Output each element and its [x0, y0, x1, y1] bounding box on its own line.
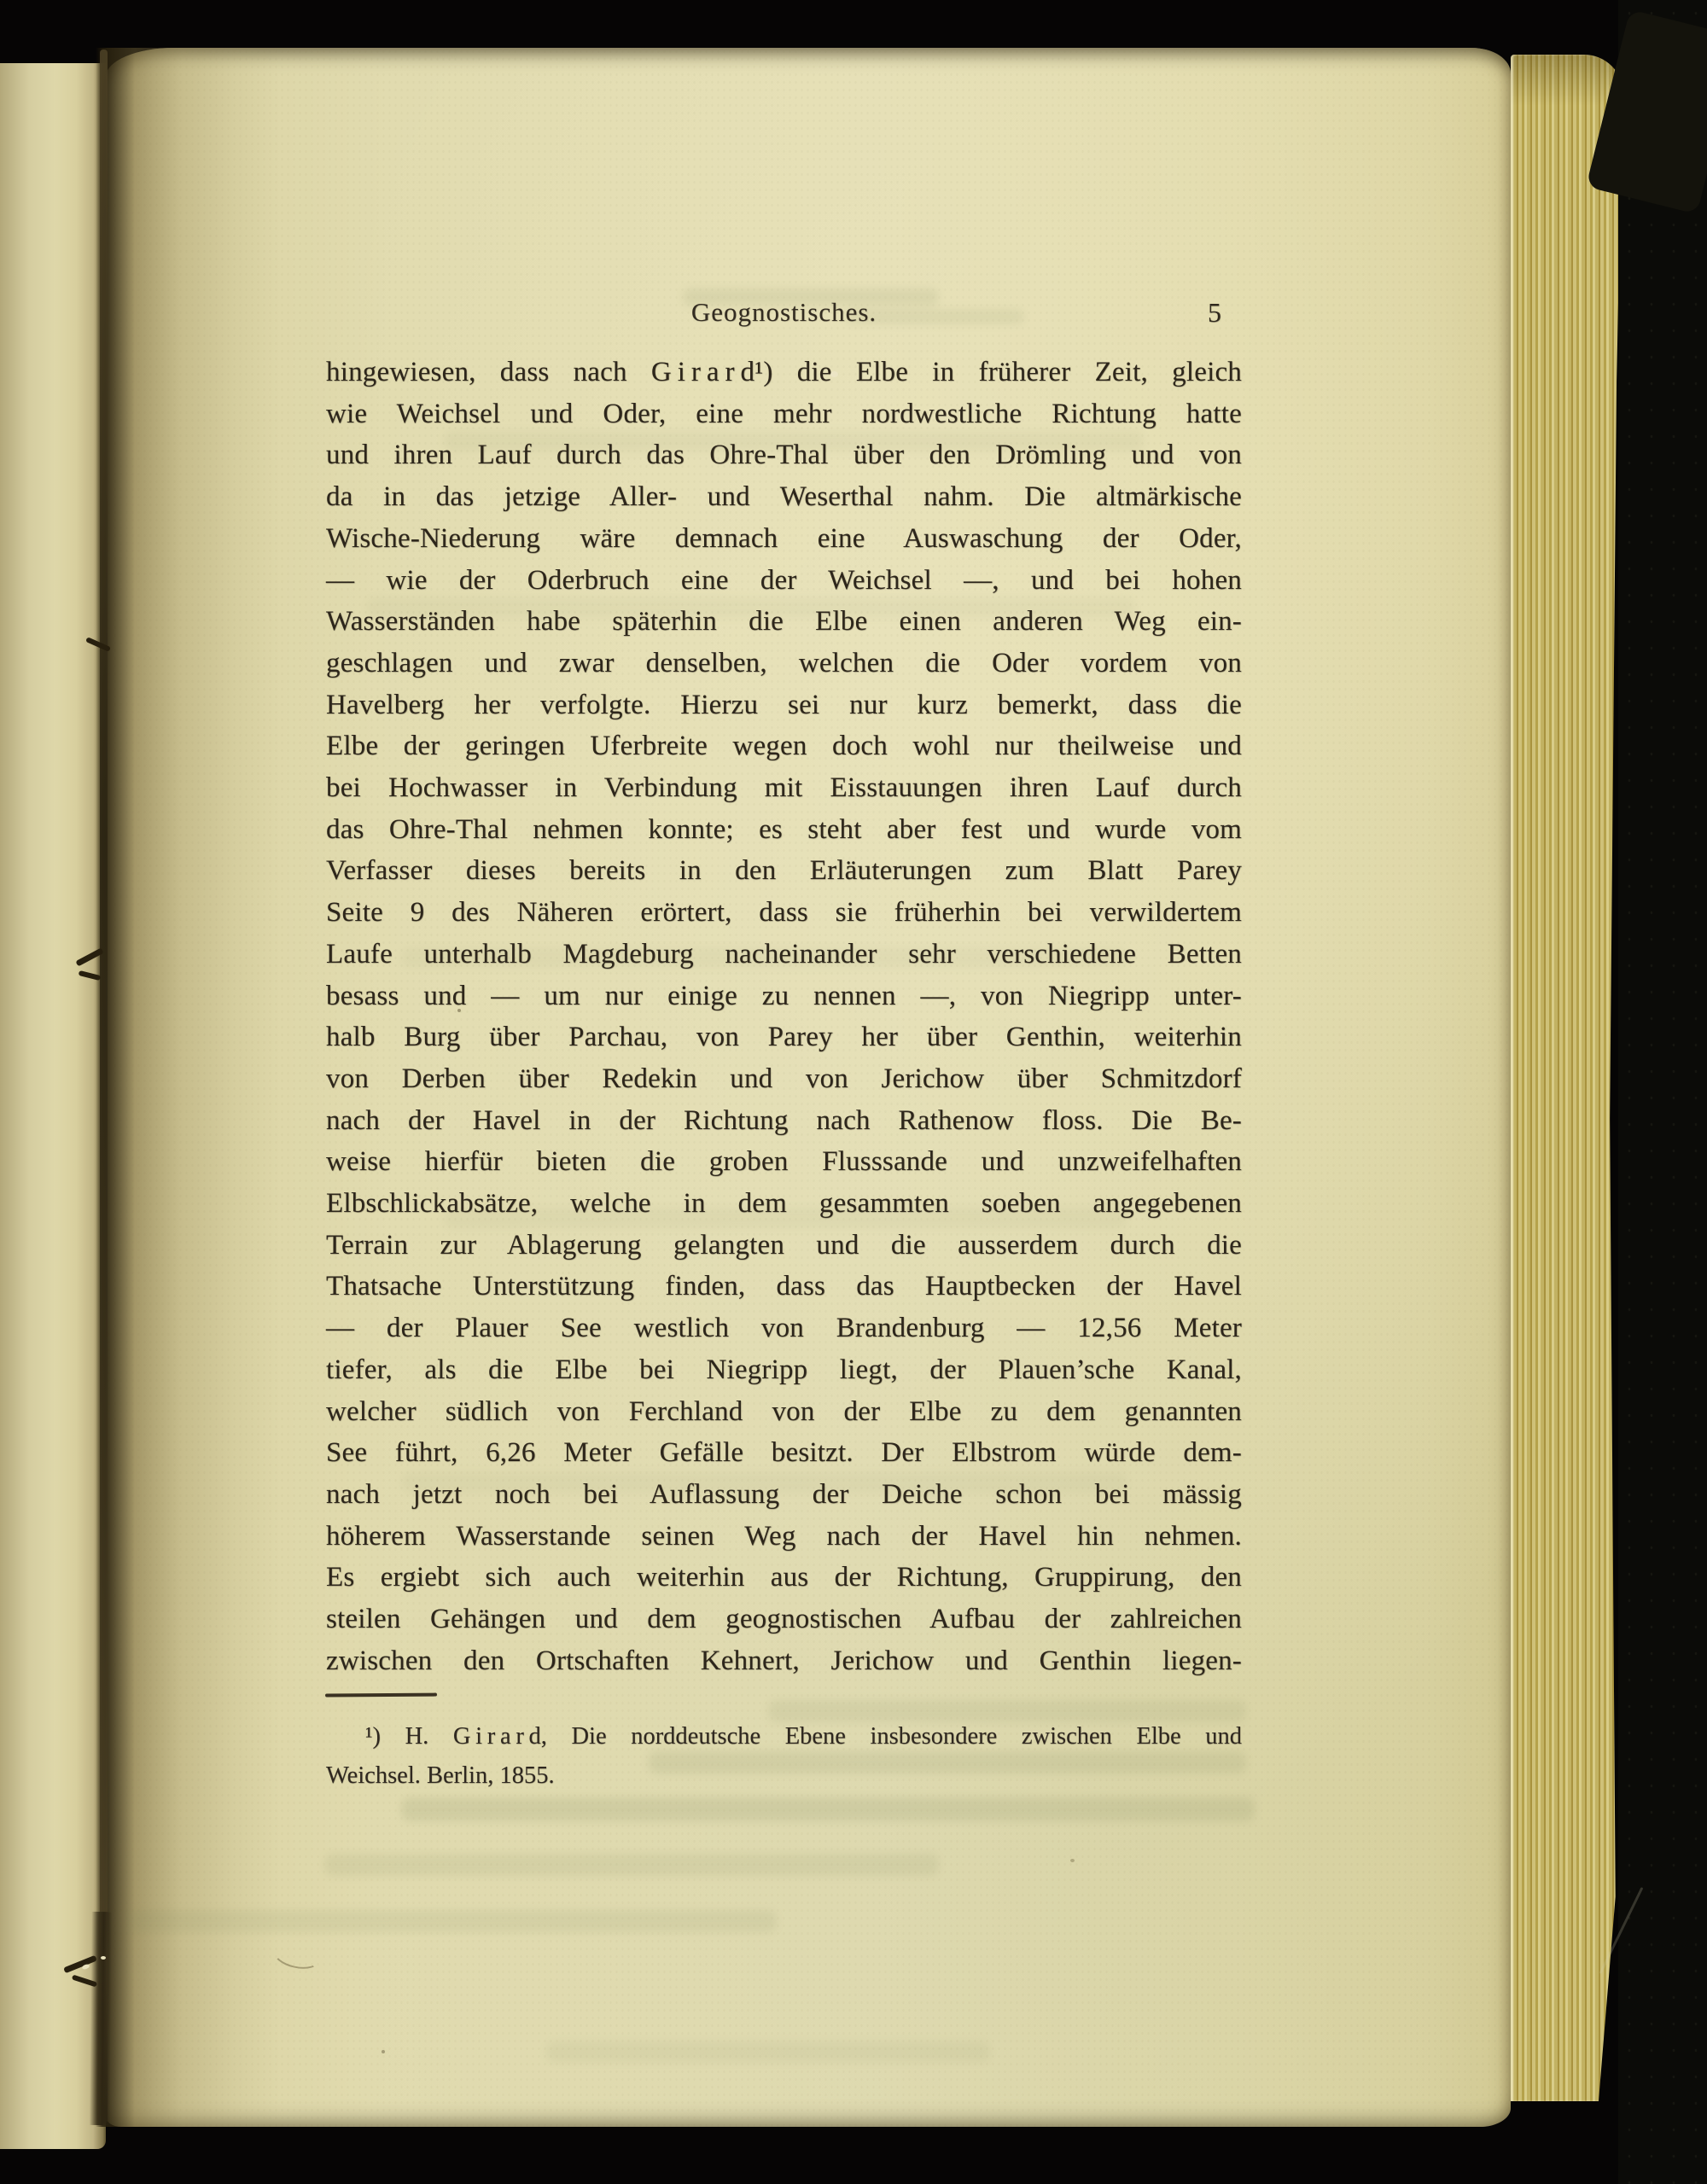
gutter-crease — [90, 1912, 113, 2125]
body-line: wie Weichsel und Oder, eine mehr nordwes… — [326, 393, 1242, 435]
body-line: hingewiesen, dass nach G i r a r d¹) die… — [326, 352, 1242, 393]
body-line: zwischen den Ortschaften Kehnert, Jerich… — [326, 1640, 1242, 1682]
body-line: Wische-Niederung wäre demnach eine Auswa… — [326, 518, 1242, 560]
body-line: Es ergiebt sich auch weiterhin aus der R… — [326, 1557, 1242, 1599]
paper-speck — [1070, 1859, 1075, 1862]
paper-speck — [382, 2050, 385, 2053]
body-line: tiefer, als die Elbe bei Niegripp liegt,… — [326, 1349, 1242, 1391]
body-line: Terrain zur Ablagerung gelangten und die… — [326, 1225, 1242, 1267]
body-line: welcher südlich von Ferchland von der El… — [326, 1391, 1242, 1433]
body-line: Verfasser dieses bereits in den Erläuter… — [326, 850, 1242, 892]
footnote-line: ¹) H. G i r a r d, Die norddeutsche Eben… — [326, 1717, 1242, 1756]
body-line: weise hierfür bieten die groben Flusssan… — [326, 1141, 1242, 1183]
book-photo: Geognostisches. 5 hingewiesen, dass nach… — [0, 0, 1707, 2184]
body-line: Seite 9 des Näheren erörtert, dass sie f… — [326, 892, 1242, 934]
fore-edge-page-stack — [1511, 55, 1623, 2101]
header-title: Geognostisches. — [326, 296, 1242, 329]
body-line: nach jetzt noch bei Auflassung der Deich… — [326, 1474, 1242, 1516]
body-line: steilen Gehängen und dem geognostischen … — [326, 1599, 1242, 1640]
footnote-line: Weichsel. Berlin, 1855. — [326, 1756, 1242, 1796]
body-line: See führt, 6,26 Meter Gefälle besitzt. D… — [326, 1432, 1242, 1474]
page-number: 5 — [1208, 296, 1221, 329]
body-line: bei Hochwasser in Verbindung mit Eisstau… — [326, 767, 1242, 809]
body-line: nach der Havel in der Richtung nach Rath… — [326, 1100, 1242, 1142]
body-line: besass und — um nur einige zu nennen —, … — [326, 976, 1242, 1017]
body-line: geschlagen und zwar denselben, welchen d… — [326, 643, 1242, 684]
body-text: hingewiesen, dass nach G i r a r d¹) die… — [326, 352, 1242, 1682]
body-line: und ihren Lauf durch das Ohre-Thal über … — [326, 434, 1242, 476]
book-cover-corner — [1586, 9, 1707, 214]
body-line: Thatsache Unterstützung finden, dass das… — [326, 1266, 1242, 1307]
gutter-crease — [100, 50, 108, 2123]
body-line: Elbe der geringen Uferbreite wegen doch … — [326, 725, 1242, 767]
body-line: von Derben über Redekin und von Jerichow… — [326, 1058, 1242, 1100]
left-page-edge — [0, 63, 106, 2149]
paper-speck — [830, 371, 838, 377]
stitch-thread — [101, 1956, 106, 1960]
body-line: Wasserständen habe späterhin die Elbe ei… — [326, 601, 1242, 643]
footnote: ¹) H. G i r a r d, Die norddeutsche Eben… — [326, 1717, 1242, 1796]
running-header: Geognostisches. 5 — [326, 296, 1242, 332]
body-line: das Ohre-Thal nehmen konnte; es steht ab… — [326, 809, 1242, 851]
body-line: Havelberg her verfolgte. Hierzu sei nur … — [326, 684, 1242, 726]
paper-speck — [457, 1009, 461, 1012]
body-line: höherem Wasserstande seinen Weg nach der… — [326, 1516, 1242, 1558]
body-line: — der Plauer See westlich von Brandenbur… — [326, 1307, 1242, 1349]
body-line: — wie der Oderbruch eine der Weichsel —,… — [326, 560, 1242, 602]
book-cover — [1618, 0, 1707, 2184]
body-line: Laufe unterhalb Magdeburg nacheinander s… — [326, 934, 1242, 976]
body-line: halb Burg über Parchau, von Parey her üb… — [326, 1016, 1242, 1058]
body-line: da in das jetzige Aller- und Weserthal n… — [326, 476, 1242, 518]
body-line: Elbschlickabsätze, welche in dem gesammt… — [326, 1183, 1242, 1225]
